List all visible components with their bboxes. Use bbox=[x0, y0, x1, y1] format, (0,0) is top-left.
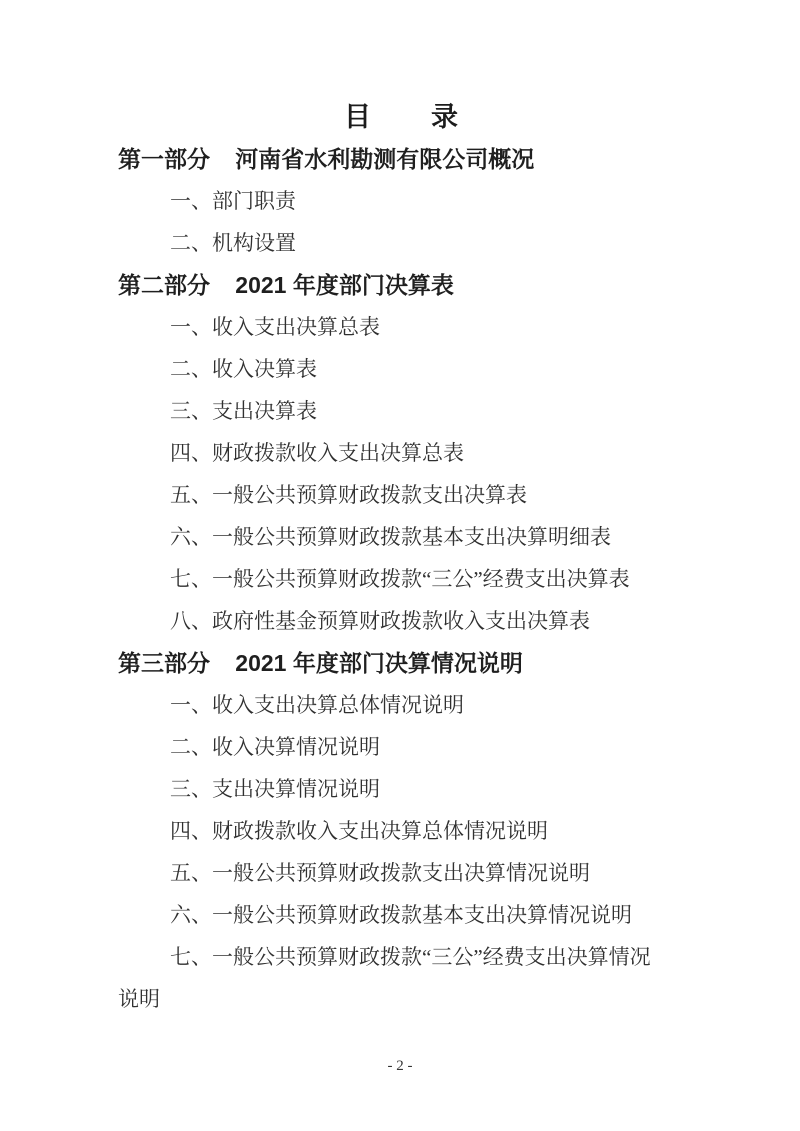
toc-item: 一、部门职责 bbox=[118, 180, 686, 222]
toc-item: 六、一般公共预算财政拨款基本支出决算情况说明 bbox=[118, 894, 686, 936]
toc-section-3: 第三部分2021 年度部门决算情况说明 一、收入支出决算总体情况说明 二、收入决… bbox=[118, 642, 686, 1020]
toc-section-title: 2021 年度部门决算表 bbox=[235, 272, 454, 298]
toc-item: 七、一般公共预算财政拨款“三公”经费支出决算情况 说明 bbox=[118, 936, 686, 1020]
page-number: - 2 - bbox=[0, 1056, 800, 1076]
toc-item: 八、政府性基金预算财政拨款收入支出决算表 bbox=[118, 600, 686, 642]
toc-item: 六、一般公共预算财政拨款基本支出决算明细表 bbox=[118, 516, 686, 558]
toc-section-heading: 第二部分2021 年度部门决算表 bbox=[118, 264, 686, 306]
toc-item: 二、收入决算情况说明 bbox=[118, 726, 686, 768]
toc-section-title: 2021 年度部门决算情况说明 bbox=[235, 650, 523, 676]
toc-section-1: 第一部分河南省水利勘测有限公司概况 一、部门职责 二、机构设置 bbox=[118, 138, 686, 264]
toc-item: 一、收入支出决算总体情况说明 bbox=[118, 684, 686, 726]
toc-item: 四、财政拨款收入支出决算总体情况说明 bbox=[118, 810, 686, 852]
toc-item: 五、一般公共预算财政拨款支出决算表 bbox=[118, 474, 686, 516]
document-page: 目 录 第一部分河南省水利勘测有限公司概况 一、部门职责 二、机构设置 第二部分… bbox=[0, 0, 800, 1131]
toc-section-title: 河南省水利勘测有限公司概况 bbox=[235, 146, 534, 172]
toc-section-part-number: 第一部分 bbox=[118, 146, 210, 172]
toc-section-heading: 第三部分2021 年度部门决算情况说明 bbox=[118, 642, 686, 684]
toc-item: 三、支出决算情况说明 bbox=[118, 768, 686, 810]
toc-section-2: 第二部分2021 年度部门决算表 一、收入支出决算总表 二、收入决算表 三、支出… bbox=[118, 264, 686, 642]
toc-item: 一、收入支出决算总表 bbox=[118, 306, 686, 348]
toc-title: 目 录 bbox=[118, 96, 686, 138]
toc-body: 第一部分河南省水利勘测有限公司概况 一、部门职责 二、机构设置 第二部分2021… bbox=[118, 138, 686, 1020]
toc-section-part-number: 第二部分 bbox=[118, 272, 210, 298]
toc-section-heading: 第一部分河南省水利勘测有限公司概况 bbox=[118, 138, 686, 180]
toc-item: 四、财政拨款收入支出决算总表 bbox=[118, 432, 686, 474]
toc-item: 七、一般公共预算财政拨款“三公”经费支出决算表 bbox=[118, 558, 686, 600]
toc-item: 二、机构设置 bbox=[118, 222, 686, 264]
toc-item: 五、一般公共预算财政拨款支出决算情况说明 bbox=[118, 852, 686, 894]
toc-item: 二、收入决算表 bbox=[118, 348, 686, 390]
toc-section-part-number: 第三部分 bbox=[118, 650, 210, 676]
toc-item: 三、支出决算表 bbox=[118, 390, 686, 432]
